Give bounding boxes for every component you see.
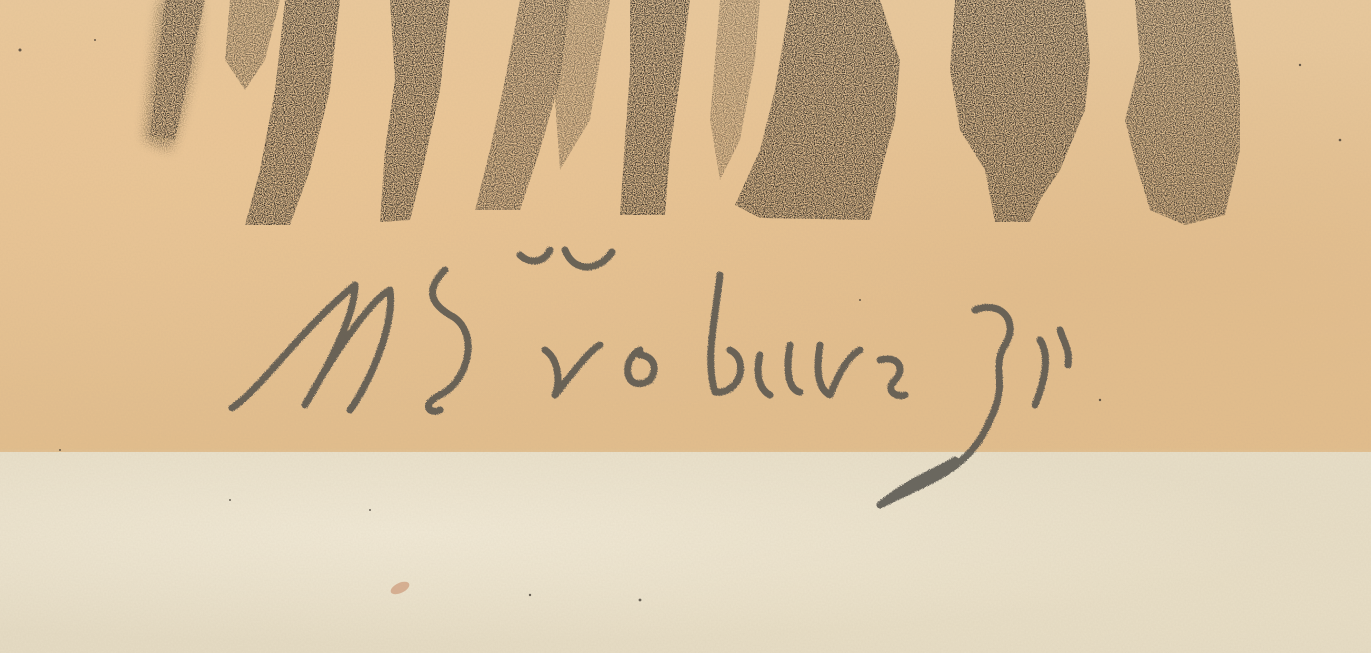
artwork-sheet: M Švabinský	[0, 0, 1371, 653]
pencil-signature	[0, 0, 1371, 653]
